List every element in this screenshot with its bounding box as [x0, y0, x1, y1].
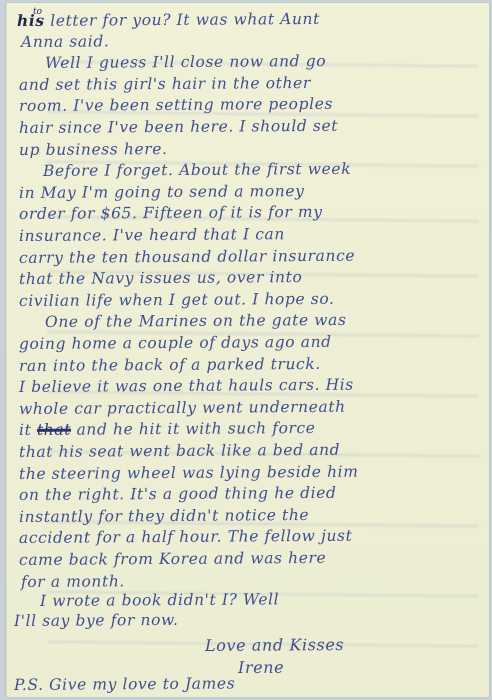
letter-line: Before I forget. About the first week: [43, 160, 351, 180]
letter-line: and set this girl's hair in the other: [19, 74, 311, 94]
letter-line: One of the Marines on the gate was: [45, 311, 347, 331]
letter-line: that his seat went back like a bed and: [19, 441, 340, 461]
letter-line: instantly for they didn't notice the: [19, 506, 309, 526]
letter-line: I believe it was one that hauls cars. Hi…: [19, 376, 354, 396]
letter-line: Anna said.: [21, 32, 109, 51]
letter-line-struck: it that and he hit it with such force: [19, 419, 316, 439]
letter-line: carry the ten thousand dollar insurance: [19, 246, 355, 266]
letter-line: for a month.: [21, 572, 125, 591]
letter-line: came back from Korea and was here: [19, 549, 326, 569]
letter-line: on the right. It's a good thing he died: [19, 484, 337, 504]
letter-line: room. I've been setting more peoples: [19, 95, 333, 115]
first-word: his: [17, 11, 45, 30]
letter-line: hair since I've been here. I should set: [19, 117, 338, 137]
letter-line: that the Navy issues us, over into: [19, 268, 302, 288]
letter-page: to his letter for you? It was what Aunt …: [6, 3, 489, 697]
letter-line: up business here.: [19, 140, 168, 159]
letter-line: whole car practically went underneath: [19, 398, 346, 418]
letter-line: accident for a half hour. The fellow jus…: [19, 527, 353, 547]
letter-line: the steering wheel was lying beside him: [19, 462, 359, 482]
struck-word: that: [37, 421, 71, 439]
letter-line: order for $65. Fifteen of it is for my: [19, 203, 323, 223]
letter-line: insurance. I've heard that I can: [19, 225, 285, 245]
letter-line: civilian life when I get out. I hope so.: [19, 290, 335, 310]
letter-line: going home a couple of days ago and: [19, 333, 332, 353]
letter-line: Well I guess I'll close now and go: [45, 52, 326, 72]
letter-line: in May I'm going to send a money: [19, 182, 305, 202]
letter-line: ran into the back of a parked truck.: [19, 354, 321, 374]
letter-line-1: his letter for you? It was what Aunt: [17, 9, 320, 30]
